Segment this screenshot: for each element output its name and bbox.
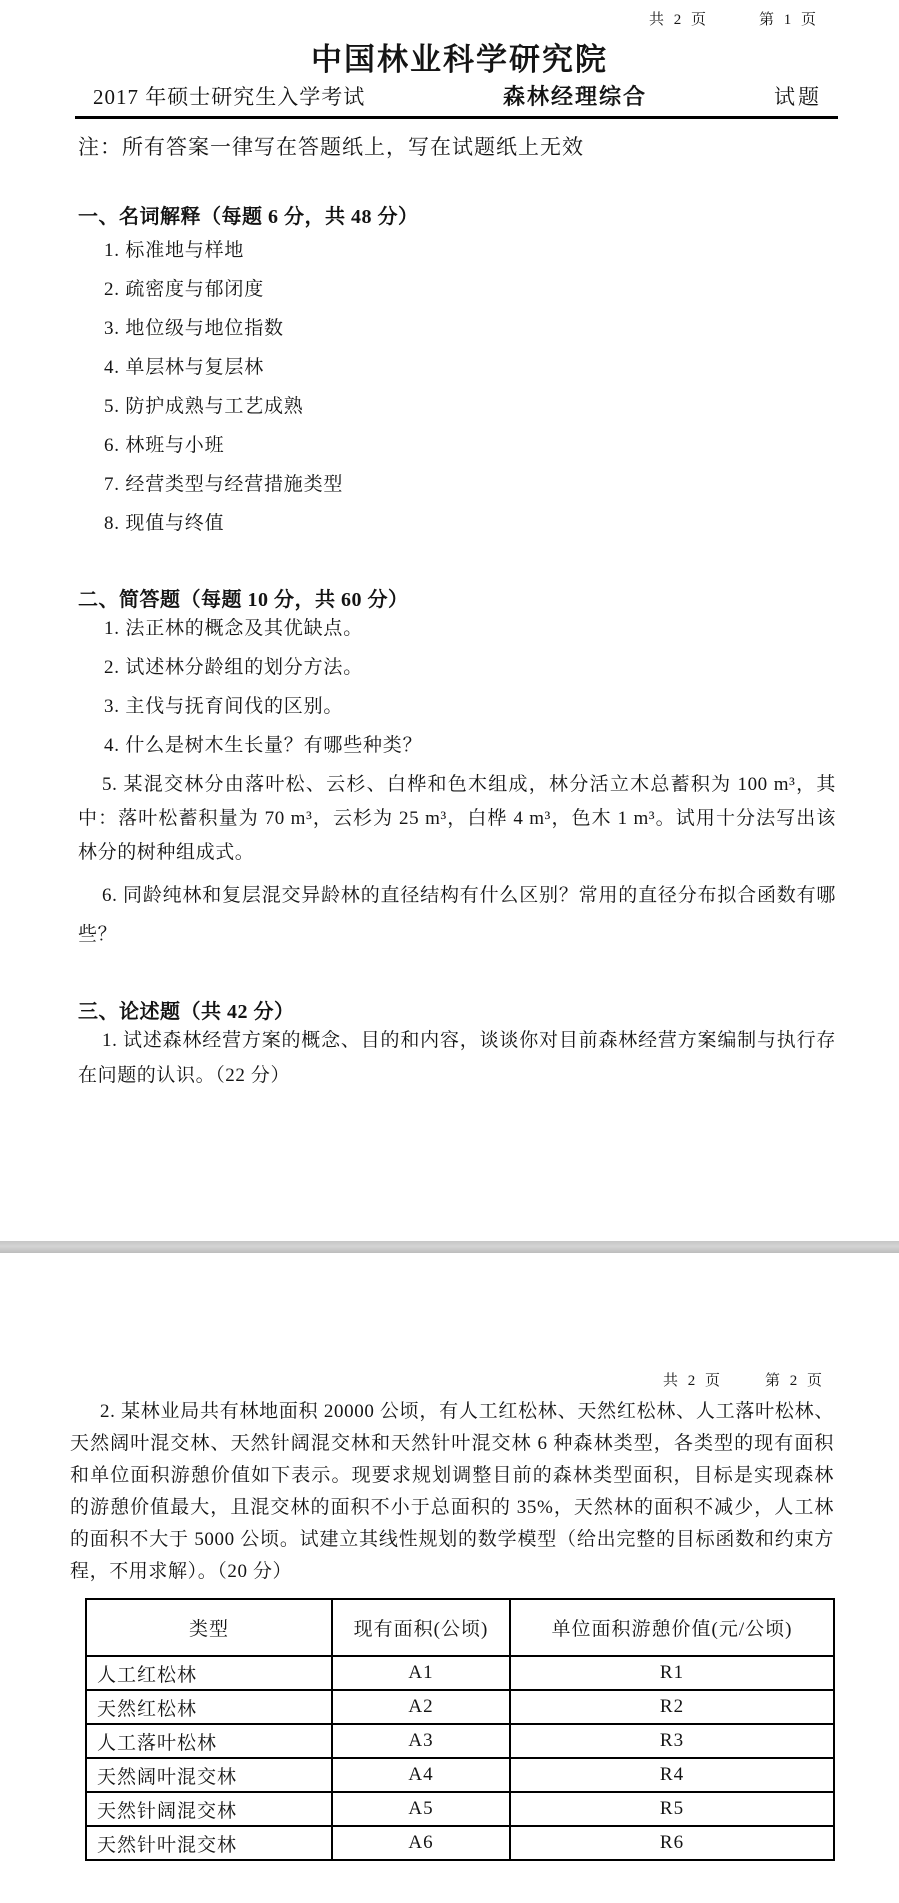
paper-type-label: 试题 [774,81,822,111]
table-cell: 天然针叶混交林 [86,1826,332,1860]
table-row: 天然红松林 A2 R2 [86,1690,834,1724]
question-item: 2. 某林业局共有林地面积 20000 公顷，有人工红松林、天然红松林、人工落叶… [70,1396,834,1588]
table-cell: 天然针阔混交林 [86,1792,332,1826]
exam-session-label: 2017 年硕士研究生入学考试 [93,81,365,111]
section-2-heading: 二、简答题（每题 10 分，共 60 分） [78,583,409,612]
answer-sheet-note: 注：所有答案一律写在答题纸上，写在试题纸上无效 [78,131,584,161]
table-cell: A1 [332,1656,510,1690]
question-item: 3. 主伐与抚育间伐的区别。 [104,687,422,726]
table-cell: A5 [332,1792,510,1826]
question-item: 5. 某混交林分由落叶松、云杉、白桦和色木组成，林分活立木总蓄积为 100 m³… [78,768,836,870]
table-row: 天然针阔混交林 A5 R5 [86,1792,834,1826]
page-divider [0,1241,899,1253]
question-item: 6. 同龄纯林和复层混交异龄林的直径结构有什么区别？常用的直径分布拟合函数有哪些… [78,876,836,954]
section-3-heading: 三、论述题（共 42 分） [78,995,295,1024]
table-cell: A3 [332,1724,510,1758]
question-item: 1. 试述森林经营方案的概念、目的和内容，谈谈你对目前森林经营方案编制与执行存在… [78,1023,836,1093]
question-item: 5. 防护成熟与工艺成熟 [104,387,343,426]
table-cell: R6 [510,1826,834,1860]
table-cell: 天然阔叶混交林 [86,1758,332,1792]
table-cell: A4 [332,1758,510,1792]
course-name-label: 森林经理综合 [503,80,647,111]
table-cell: 人工落叶松林 [86,1724,332,1758]
table-cell: R4 [510,1758,834,1792]
table-cell: R1 [510,1656,834,1690]
course-title-row: 2017 年硕士研究生入学考试 森林经理综合 试题 [75,80,838,119]
table-cell: A2 [332,1690,510,1724]
question-item: 2. 试述林分龄组的划分方法。 [104,648,422,687]
table-header-cell: 现有面积(公顷) [332,1599,510,1656]
total-pages-label: 共 2 页 [663,1369,723,1390]
table-row: 天然阔叶混交林 A4 R4 [86,1758,834,1792]
section-1-heading: 一、名词解释（每题 6 分，共 48 分） [78,200,419,229]
section-2-items: 1. 法正林的概念及其优缺点。 2. 试述林分龄组的划分方法。 3. 主伐与抚育… [104,609,422,765]
question-item: 2. 疏密度与郁闭度 [104,270,343,309]
table-cell: R5 [510,1792,834,1826]
question-item: 1. 法正林的概念及其优缺点。 [104,609,422,648]
institution-title: 中国林业科学研究院 [10,34,899,79]
table-row: 天然针叶混交林 A6 R6 [86,1826,834,1860]
question-item: 4. 什么是树木生长量？有哪些种类？ [104,726,422,765]
forest-types-table: 类型 现有面积(公顷) 单位面积游憩价值(元/公顷) 人工红松林 A1 R1 天… [85,1598,835,1861]
table-cell: R3 [510,1724,834,1758]
question-item: 4. 单层林与复层林 [104,348,343,387]
table-cell: 人工红松林 [86,1656,332,1690]
question-item: 6. 林班与小班 [104,426,343,465]
table-cell: R2 [510,1690,834,1724]
page-header: 共 2 页 第 2 页 [663,1369,825,1390]
question-item: 3. 地位级与地位指数 [104,309,343,348]
table-cell: A6 [332,1826,510,1860]
exam-page-2: 共 2 页 第 2 页 2. 某林业局共有林地面积 20000 公顷，有人工红松… [0,1253,899,1903]
table-header-cell: 类型 [86,1599,332,1656]
page-header: 共 2 页 第 1 页 [649,8,819,29]
section-1-items: 1. 标准地与样地 2. 疏密度与郁闭度 3. 地位级与地位指数 4. 单层林与… [104,231,343,543]
total-pages-label: 共 2 页 [649,8,709,29]
exam-page-1: 共 2 页 第 1 页 中国林业科学研究院 2017 年硕士研究生入学考试 森林… [0,0,899,1241]
page-number-label: 第 1 页 [759,8,819,29]
table-header-cell: 单位面积游憩价值(元/公顷) [510,1599,834,1656]
table-header-row: 类型 现有面积(公顷) 单位面积游憩价值(元/公顷) [86,1599,834,1656]
question-item: 7. 经营类型与经营措施类型 [104,465,343,504]
table-row: 人工红松林 A1 R1 [86,1656,834,1690]
table-cell: 天然红松林 [86,1690,332,1724]
question-item: 8. 现值与终值 [104,504,343,543]
question-item: 1. 标准地与样地 [104,231,343,270]
table-row: 人工落叶松林 A3 R3 [86,1724,834,1758]
page-number-label: 第 2 页 [765,1369,825,1390]
